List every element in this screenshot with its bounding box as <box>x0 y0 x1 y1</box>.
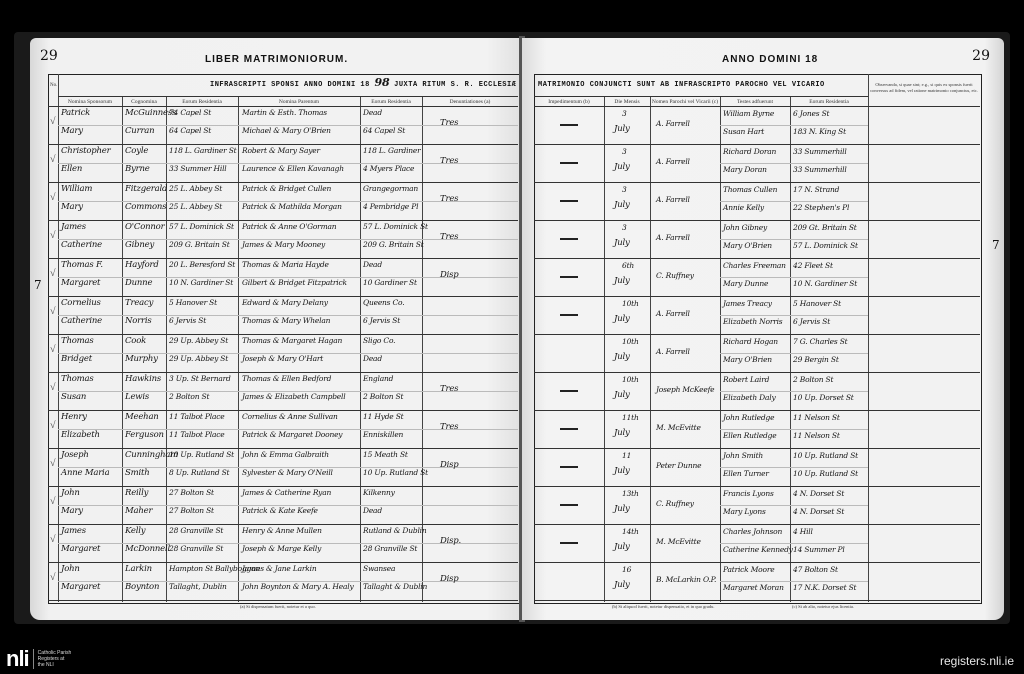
month-cell: July <box>614 428 630 438</box>
witness2-cell: Susan Hart <box>723 127 764 136</box>
column-divider <box>58 74 59 602</box>
bride-surname-cell: Dunne <box>125 278 152 288</box>
groom-cell: Henry <box>61 412 87 422</box>
bride-parents-res-cell: 209 G. Britain St <box>363 240 424 249</box>
row-divider <box>48 144 518 145</box>
witness1-res-cell: 2 Bolton St <box>793 375 833 384</box>
bride-surname-cell: Maher <box>125 506 152 516</box>
column-header: Denuntiationes (a) <box>422 99 518 105</box>
priest-cell: M. McEvitte <box>656 537 701 546</box>
month-cell: July <box>614 314 630 324</box>
witness2-res-cell: 17 N.K. Dorset St <box>793 583 856 592</box>
bride-res-cell: 29 Up. Abbey St <box>169 354 228 363</box>
right-footnote-c: (c) Si ab alio, notetur ejus licentia. <box>792 604 854 609</box>
priest-cell: B. McLarkin O.P. <box>656 575 716 584</box>
priest-cell: A. Farrell <box>656 347 690 356</box>
groom-cell: Cornelius <box>61 298 101 308</box>
groom-surname-cell: Hawkins <box>125 374 161 384</box>
witness1-res-cell: 4 Hill <box>793 527 813 536</box>
bride-surname-cell: Curran <box>125 126 154 136</box>
witness1-res-cell: 42 Fleet St <box>793 261 833 270</box>
witness1-cell: William Byrne <box>723 109 774 118</box>
bride-res-cell: 6 Jervis St <box>169 316 206 325</box>
day-cell: 6th <box>622 261 634 270</box>
impediment-dash <box>560 124 578 126</box>
header-divider <box>534 96 868 97</box>
row-divider <box>48 448 518 449</box>
column-header: Cognomina <box>122 99 166 105</box>
row-divider <box>534 220 980 221</box>
right-margin-mark: 7 <box>992 238 1000 252</box>
bride-parents-res-cell: 6 Jervis St <box>363 316 400 325</box>
groom-parents-cell: Thomas & Maria Hayde <box>242 260 329 269</box>
groom-parents-res-cell: Kilkenny <box>363 488 395 497</box>
bride-parents-res-cell: Tallaght & Dublin <box>363 582 427 591</box>
impediment-dash <box>560 542 578 544</box>
month-cell: July <box>614 162 630 172</box>
header-divider <box>58 96 518 97</box>
groom-res-cell: 27 Bolton St <box>169 488 214 497</box>
groom-cell: Joseph <box>61 450 89 460</box>
day-cell: 11 <box>622 451 631 460</box>
groom-parents-cell: John & Emma Galbraith <box>242 450 329 459</box>
groom-cell: Patrick <box>61 108 90 118</box>
witness2-cell: Elizabeth Daly <box>723 393 775 402</box>
check-mark-icon: √ <box>50 230 56 241</box>
column-header: Testes adfuerunt <box>720 99 790 105</box>
witness2-res-cell: 183 N. King St <box>793 127 846 136</box>
bride-parents-cell: Joseph & Marge Kelly <box>242 544 321 553</box>
groom-res-cell: 57 L. Dominick St <box>169 222 234 231</box>
row-divider <box>48 258 518 259</box>
bride-cell: Margaret <box>61 544 100 554</box>
witness1-res-cell: 5 Hanover St <box>793 299 841 308</box>
witness2-res-cell: 6 Jervis St <box>793 317 830 326</box>
witness2-res-cell: 10 N. Gardiner St <box>793 279 857 288</box>
column-divider <box>868 74 869 602</box>
bride-res-cell: 209 G. Britain St <box>169 240 230 249</box>
bride-res-cell: 27 Bolton St <box>169 506 214 515</box>
bride-surname-cell: Byrne <box>125 164 150 174</box>
groom-surname-cell: O'Connor <box>125 222 164 232</box>
priest-cell: M. McEvitte <box>656 423 701 432</box>
nli-logo: nli Catholic Parish Registers at the NLI <box>6 648 71 670</box>
groom-parents-cell: Robert & Mary Sayer <box>242 146 320 155</box>
bride-parents-cell: Patrick & Mathilda Morgan <box>242 202 342 211</box>
row-divider <box>534 258 980 259</box>
banns-cell: Tres <box>440 384 458 394</box>
witness2-cell: Catherine Kennedy <box>723 545 793 554</box>
left-page-number: 29 <box>40 48 58 64</box>
no-label: No. <box>50 83 57 88</box>
row-divider <box>48 600 518 601</box>
groom-surname-cell: Meehan <box>125 412 159 422</box>
row-divider <box>534 410 980 411</box>
bride-parents-cell: Patrick & Margaret Dooney <box>242 430 342 439</box>
witness1-cell: John Rutledge <box>723 413 774 422</box>
row-divider <box>48 524 518 525</box>
witness1-res-cell: 6 Jones St <box>793 109 829 118</box>
witness1-res-cell: 10 Up. Rutland St <box>793 451 858 460</box>
groom-res-cell: 10 Up. Rutland St <box>169 450 234 459</box>
groom-parents-cell: Patrick & Anne O'Gorman <box>242 222 336 231</box>
banns-cell: Disp. <box>440 536 461 546</box>
groom-cell: Thomas <box>61 374 94 384</box>
row-divider <box>48 410 518 411</box>
column-header: Impedimentum (b) <box>534 99 604 105</box>
check-mark-icon: √ <box>50 458 56 469</box>
witness1-cell: Robert Laird <box>723 375 769 384</box>
column-header: Eorum Residentia <box>166 99 238 105</box>
bride-parents-res-cell: 2 Bolton St <box>363 392 403 401</box>
row-divider <box>534 448 980 449</box>
row-divider <box>48 562 518 563</box>
check-mark-icon: √ <box>50 116 56 127</box>
witness1-res-cell: 209 Gt. Britain St <box>793 223 857 232</box>
check-mark-icon: √ <box>50 192 56 203</box>
month-cell: July <box>614 580 630 590</box>
day-cell: 3 <box>622 147 627 156</box>
column-divider <box>790 96 791 602</box>
banns-cell: Disp <box>440 270 459 280</box>
banns-cell: Tres <box>440 156 458 166</box>
bride-parents-cell: Sylvester & Mary O'Neill <box>242 468 333 477</box>
column-divider <box>720 96 721 602</box>
observation-header: Observanda, si quae sint; e.g., si quis … <box>870 82 978 94</box>
groom-res-cell: 29 Up. Abbey St <box>169 336 228 345</box>
witness2-cell: Mary Dunne <box>723 279 768 288</box>
priest-cell: Joseph McKeefe <box>656 385 714 394</box>
groom-parents-cell: Thomas & Margaret Hagan <box>242 336 342 345</box>
bride-cell: Mary <box>61 202 83 212</box>
groom-res-cell: 25 L. Abbey St <box>169 184 222 193</box>
ruled-line <box>720 125 868 126</box>
row-divider <box>534 486 980 487</box>
bride-surname-cell: Lewis <box>125 392 149 402</box>
bride-parents-cell: John Boynton & Mary A. Healy <box>242 582 354 591</box>
row-divider <box>534 372 980 373</box>
left-footnote: (a) Si dispensatum fuerit, notetur et a … <box>240 604 316 609</box>
bride-res-cell: 10 N. Gardiner St <box>169 278 233 287</box>
bride-surname-cell: Norris <box>125 316 152 326</box>
groom-parents-res-cell: Dead <box>363 260 382 269</box>
groom-parents-res-cell: 118 L. Gardiner <box>363 146 421 155</box>
ruled-line <box>720 391 868 392</box>
bride-parents-res-cell: Dead <box>363 506 382 515</box>
row-divider <box>48 296 518 297</box>
groom-cell: Christopher <box>61 146 110 156</box>
bride-cell: Susan <box>61 392 86 402</box>
banns-cell: Tres <box>440 422 458 432</box>
check-mark-icon: √ <box>50 344 56 355</box>
check-mark-icon: √ <box>50 496 56 507</box>
groom-surname-cell: Hayford <box>125 260 159 270</box>
row-divider <box>534 182 980 183</box>
check-mark-icon: √ <box>50 420 56 431</box>
right-footnote-b: (b) Si aliquod fuerit, notetur dispensat… <box>612 604 714 609</box>
groom-parents-cell: Patrick & Bridget Cullen <box>242 184 331 193</box>
row-divider <box>534 144 980 145</box>
column-header: Nomina Sponsorum <box>58 99 122 105</box>
column-header: Die Mensis <box>604 99 650 105</box>
check-mark-icon: √ <box>50 268 56 279</box>
left-margin-mark: 7 <box>34 278 42 292</box>
bride-cell: Elizabeth <box>61 430 100 440</box>
witness1-cell: James Treacy <box>723 299 772 308</box>
groom-cell: James <box>61 526 86 536</box>
bride-parents-res-cell: 10 Gardiner St <box>363 278 417 287</box>
row-divider <box>534 562 980 563</box>
banns-cell: Tres <box>440 194 458 204</box>
ruled-line <box>720 353 868 354</box>
impediment-dash <box>560 276 578 278</box>
groom-parents-cell: Martin & Esth. Thomas <box>242 108 327 117</box>
witness1-cell: Richard Doran <box>723 147 776 156</box>
bride-res-cell: Tallaght, Dublin <box>169 582 227 591</box>
bride-cell: Mary <box>61 506 83 516</box>
priest-cell: A. Farrell <box>656 195 690 204</box>
day-cell: 13th <box>622 489 639 498</box>
groom-parents-res-cell: Sligo Co. <box>363 336 395 345</box>
groom-res-cell: 11 Talbot Place <box>169 412 225 421</box>
priest-cell: C. Ruffney <box>656 271 694 280</box>
groom-parents-cell: Edward & Mary Delany <box>242 298 328 307</box>
day-cell: 10th <box>622 375 639 384</box>
impediment-dash <box>560 238 578 240</box>
logo-caption-line-3: the NLI <box>38 662 54 668</box>
groom-surname-cell: Coyle <box>125 146 148 156</box>
ruled-line <box>720 429 868 430</box>
banns-cell: Tres <box>440 118 458 128</box>
groom-parents-res-cell: Swansea <box>363 564 395 573</box>
witness2-cell: Mary Doran <box>723 165 767 174</box>
header-bottom <box>534 106 980 107</box>
row-divider <box>48 334 518 335</box>
groom-res-cell: 3 Up. St Bernard <box>169 374 231 383</box>
priest-cell: A. Farrell <box>656 157 690 166</box>
right-page-number: 29 <box>972 48 990 64</box>
right-banner: MATRIMONIO CONJUNCTI SUNT AB INFRASCRIPT… <box>538 81 825 89</box>
groom-parents-res-cell: England <box>363 374 393 383</box>
right-page: 29 ANNO DOMINI 18 MATRIMONIO CONJUNCTI S… <box>522 38 1004 620</box>
ruled-line <box>720 201 868 202</box>
groom-parents-cell: James & Catherine Ryan <box>242 488 331 497</box>
groom-cell: William <box>61 184 92 194</box>
month-cell: July <box>614 390 630 400</box>
bride-parents-res-cell: 28 Granville St <box>363 544 417 553</box>
banns-cell: Tres <box>440 232 458 242</box>
impediment-dash <box>560 200 578 202</box>
day-cell: 10th <box>622 299 639 308</box>
witness2-cell: Elizabeth Norris <box>723 317 782 326</box>
groom-cell: John <box>61 488 80 498</box>
bride-parents-cell: Thomas & Mary Whelan <box>242 316 330 325</box>
bride-surname-cell: Commons <box>125 202 166 212</box>
banner-year: 98 <box>375 76 390 89</box>
day-cell: 10th <box>622 337 639 346</box>
priest-cell: C. Ruffney <box>656 499 694 508</box>
bride-parents-res-cell: Enniskillen <box>363 430 403 439</box>
row-divider <box>534 524 980 525</box>
witness1-cell: John Gibney <box>723 223 767 232</box>
row-divider <box>534 296 980 297</box>
bride-res-cell: 33 Summer Hill <box>169 164 226 173</box>
bride-parents-cell: James & Elizabeth Campbell <box>242 392 345 401</box>
bride-surname-cell: Boynton <box>125 582 159 592</box>
logo-caption: Catholic Parish Registers at the NLI <box>38 650 72 668</box>
witness2-res-cell: 11 Nelson St <box>793 431 840 440</box>
witness2-res-cell: 14 Summer Pl <box>793 545 845 554</box>
priest-cell: A. Farrell <box>656 309 690 318</box>
groom-parents-res-cell: Grangegorman <box>363 184 418 193</box>
bride-cell: Catherine <box>61 316 102 326</box>
bride-cell: Margaret <box>61 278 100 288</box>
bride-res-cell: 2 Bolton St <box>169 392 209 401</box>
witness2-cell: Ellen Turner <box>723 469 769 478</box>
groom-surname-cell: Larkin <box>125 564 152 574</box>
ruled-line <box>720 581 868 582</box>
header-bottom <box>48 106 518 107</box>
month-cell: July <box>614 542 630 552</box>
witness2-res-cell: 22 Stephen's Pl <box>793 203 849 212</box>
impediment-dash <box>560 162 578 164</box>
ruled-line <box>720 467 868 468</box>
groom-parents-res-cell: Rutland & Dublin <box>363 526 427 535</box>
witness1-res-cell: 11 Nelson St <box>793 413 840 422</box>
witness1-res-cell: 17 N. Strand <box>793 185 839 194</box>
priest-cell: A. Farrell <box>656 119 690 128</box>
witness1-cell: Charles Freeman <box>723 261 786 270</box>
check-mark-icon: √ <box>50 572 56 583</box>
bride-cell: Bridget <box>61 354 92 364</box>
month-cell: July <box>614 276 630 286</box>
groom-res-cell: 5 Hanover St <box>169 298 217 307</box>
bride-parents-cell: Laurence & Ellen Kavanagh <box>242 164 344 173</box>
groom-res-cell: 28 Granville St <box>169 526 223 535</box>
day-cell: 11th <box>622 413 639 422</box>
bride-res-cell: 25 L. Abbey St <box>169 202 222 211</box>
groom-res-cell: 20 L. Beresford St <box>169 260 235 269</box>
bride-parents-res-cell: 4 Pembridge Pl <box>363 202 418 211</box>
groom-surname-cell: Kelly <box>125 526 145 536</box>
bride-cell: Mary <box>61 126 83 136</box>
witness1-cell: Richard Hogan <box>723 337 778 346</box>
groom-parents-res-cell: 15 Meath St <box>363 450 408 459</box>
column-header: Eorum Residentia <box>790 99 868 105</box>
witness1-cell: Patrick Moore <box>723 565 774 574</box>
bride-surname-cell: Smith <box>125 468 150 478</box>
groom-parents-cell: Cornelius & Anne Sullivan <box>242 412 338 421</box>
column-header: Nomen Parochi vel Vicarii (c) <box>650 99 720 105</box>
impediment-dash <box>560 504 578 506</box>
banner-prefix: INFRASCRIPTI SPONSI ANNO DOMINI 18 <box>210 81 370 89</box>
groom-cell: Thomas F. <box>61 260 103 270</box>
register-book: 29 LIBER MATRIMONIORUM. No. INFRASCRIPTI… <box>14 32 1010 624</box>
witness2-res-cell: 4 N. Dorset St <box>793 507 844 516</box>
impediment-dash <box>560 428 578 430</box>
impediment-dash <box>560 314 578 316</box>
bride-parents-res-cell: Dead <box>363 354 382 363</box>
witness2-cell: Margaret Moran <box>723 583 784 592</box>
ruled-line <box>720 277 868 278</box>
bride-cell: Anne Maria <box>61 468 109 478</box>
witness1-res-cell: 7 G. Charles St <box>793 337 848 346</box>
groom-res-cell: 74 Capel St <box>169 108 211 117</box>
priest-cell: Peter Dunne <box>656 461 701 470</box>
witness2-res-cell: 29 Bergin St <box>793 355 839 364</box>
ruled-line <box>720 315 868 316</box>
bride-surname-cell: Ferguson <box>125 430 164 440</box>
check-mark-icon: √ <box>50 306 56 317</box>
column-divider <box>360 96 361 602</box>
groom-parents-res-cell: Dead <box>363 108 382 117</box>
ruled-line <box>720 543 868 544</box>
bride-surname-cell: Gibney <box>125 240 154 250</box>
witness2-res-cell: 10 Up. Dorset St <box>793 393 854 402</box>
witness2-res-cell: 33 Summerhill <box>793 165 847 174</box>
witness2-cell: Ellen Rutledge <box>723 431 777 440</box>
nli-logo-mark: nli <box>6 648 29 670</box>
row-divider <box>534 600 980 601</box>
witness1-cell: John Smith <box>723 451 763 460</box>
banns-cell: Disp <box>440 574 459 584</box>
bride-surname-cell: Murphy <box>125 354 158 364</box>
bride-res-cell: 64 Capel St <box>169 126 211 135</box>
day-cell: 16 <box>622 565 631 574</box>
witness2-cell: Mary O'Brien <box>723 355 772 364</box>
witness1-cell: Francis Lyons <box>723 489 774 498</box>
day-cell: 14th <box>622 527 639 536</box>
site-link[interactable]: registers.nli.ie <box>940 654 1014 668</box>
witness2-cell: Annie Kelly <box>723 203 764 212</box>
groom-surname-cell: Cook <box>125 336 146 346</box>
row-divider <box>48 182 518 183</box>
column-divider <box>122 96 123 602</box>
banns-cell: Disp <box>440 460 459 470</box>
witness1-cell: Charles Johnson <box>723 527 782 536</box>
witness2-cell: Mary O'Brien <box>723 241 772 250</box>
month-cell: July <box>614 200 630 210</box>
day-cell: 3 <box>622 223 627 232</box>
priest-cell: A. Farrell <box>656 233 690 242</box>
bride-parents-res-cell: 10 Up. Rutland St <box>363 468 428 477</box>
bride-cell: Margaret <box>61 582 100 592</box>
witness2-res-cell: 57 L. Dominick St <box>793 241 858 250</box>
bride-res-cell: 11 Talbot Place <box>169 430 225 439</box>
month-cell: July <box>614 124 630 134</box>
day-cell: 3 <box>622 185 627 194</box>
bride-cell: Catherine <box>61 240 102 250</box>
column-divider <box>238 96 239 602</box>
groom-surname-cell: Reilly <box>125 488 148 498</box>
left-page: 29 LIBER MATRIMONIORUM. No. INFRASCRIPTI… <box>30 38 526 620</box>
groom-parents-cell: Thomas & Ellen Bedford <box>242 374 331 383</box>
groom-cell: Thomas <box>61 336 94 346</box>
groom-cell: John <box>61 564 80 574</box>
bride-parents-res-cell: 64 Capel St <box>363 126 405 135</box>
ruled-line <box>720 505 868 506</box>
groom-parents-cell: James & Jane Larkin <box>242 564 316 573</box>
groom-cell: James <box>61 222 86 232</box>
groom-surname-cell: Treacy <box>125 298 153 308</box>
impediment-dash <box>560 390 578 392</box>
bride-parents-cell: Patrick & Kate Keefe <box>242 506 318 515</box>
witness1-res-cell: 4 N. Dorset St <box>793 489 844 498</box>
bride-parents-cell: Michael & Mary O'Brien <box>242 126 331 135</box>
ruled-line <box>720 239 868 240</box>
bride-parents-cell: Gilbert & Bridget Fitzpatrick <box>242 278 347 287</box>
row-divider <box>48 486 518 487</box>
